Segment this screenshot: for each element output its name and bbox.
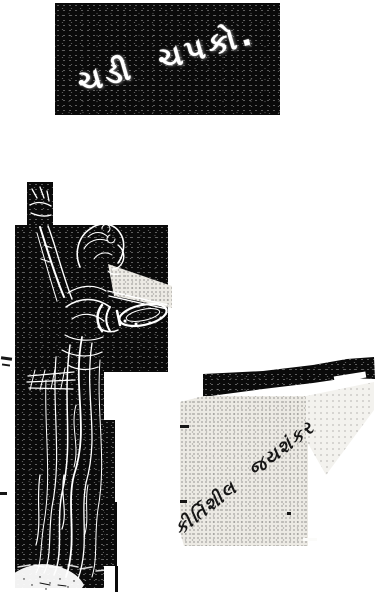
raised-arm-strokes — [37, 226, 72, 301]
ink-speck — [0, 492, 7, 495]
banner-title-text: ચડી ચપકો. — [55, 8, 280, 115]
woman-figure-illustration — [10, 175, 178, 596]
head-and-hair — [77, 224, 124, 274]
ink-speck — [2, 363, 10, 366]
ink-speck — [287, 512, 291, 515]
bodice-strokes — [66, 286, 110, 321]
scan-page: ચડી ચપકો. — [0, 0, 379, 596]
feet-base — [12, 564, 84, 594]
title-banner: ચડી ચપકો. — [55, 3, 280, 115]
ink-speck — [180, 425, 189, 428]
drapery-strokes — [36, 337, 102, 579]
ink-speck — [180, 500, 187, 503]
raised-hand-strokes — [30, 187, 51, 216]
white-dash — [303, 538, 317, 541]
figure-line-art — [12, 187, 169, 594]
